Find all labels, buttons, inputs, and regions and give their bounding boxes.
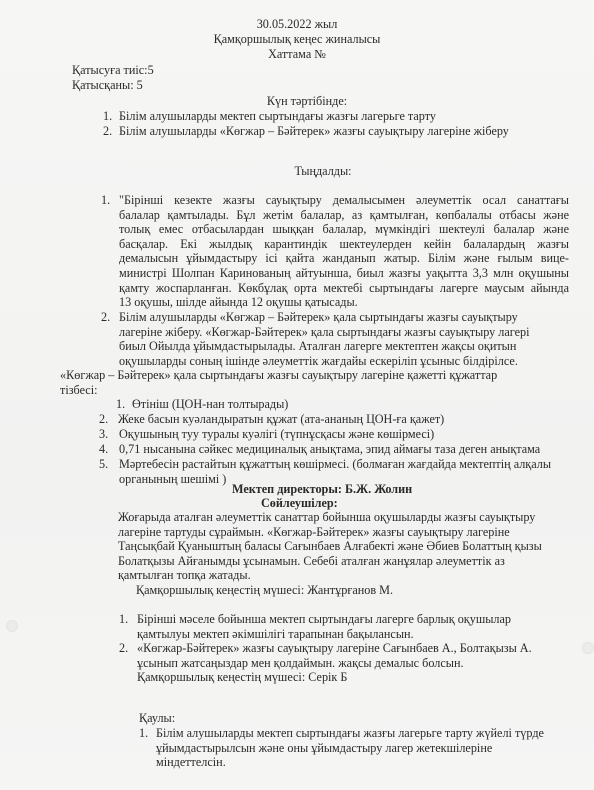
heard-item-2: Білім алушыларды «Көгжар – Бәйтерек» қал… <box>119 310 569 368</box>
document-item-number: 5. <box>99 457 108 471</box>
speech-item-number: 1. <box>119 612 128 626</box>
date: 30.05.2022 жыл <box>0 17 594 31</box>
meeting-title: Қамқоршылық кеңес жиналысы <box>0 32 594 46</box>
heard-item-1: "Бірінші кезекте жазғы сауықтыру демалыс… <box>119 193 569 310</box>
documents-intro: «Көгжар – Бәйтерек» қала сыртындағы жазғ… <box>60 368 570 397</box>
document-item-number: 2. <box>99 412 108 426</box>
speech-item-number: 2. <box>119 641 128 655</box>
document-item-number: 3. <box>99 427 108 441</box>
speaker-2-signature: Қамқоршылық кеңестің мүшесі: Серік Б <box>137 670 347 684</box>
heard-item-number: 1. <box>101 193 110 207</box>
document-item: Өтініш (ЦОН-нан толтырады) <box>132 397 288 411</box>
speaker-1-signature: Қамқоршылық кеңестің мүшесі: Жантұрғанов… <box>136 583 393 597</box>
decision-item-number: 1. <box>139 726 148 740</box>
protocol-number: Хаттама № <box>0 47 594 61</box>
document-item-number: 4. <box>99 442 108 456</box>
speech-2-item-1: Бірінші мәселе бойынша мектеп сыртындағы… <box>137 612 577 641</box>
document-item: Оқушының туу туралы куәлігі (түпнұсқасы … <box>119 427 434 441</box>
agenda-title: Күн тәртібінде: <box>10 94 594 108</box>
punch-hole <box>6 620 18 632</box>
agenda-item-number: 2. <box>103 124 112 138</box>
speech-1: Жоғарыда аталған әлеуметтік санаттар бой… <box>118 510 578 583</box>
attended: Қатысқаны: 5 <box>72 78 143 92</box>
document-page: 30.05.2022 жыл Қамқоршылық кеңес жиналыс… <box>0 0 594 790</box>
agenda-item: Білім алушыларды «Көгжар – Бәйтерек» жаз… <box>119 124 509 138</box>
speakers-title: Сөйлеушілер: <box>261 496 338 510</box>
decision-item-1: Білім алушыларды мектеп сыртындағы жазғы… <box>156 726 576 770</box>
director: Мектеп директоры: Б.Ж. Жолин <box>232 482 412 496</box>
document-item-continued: органының шешімі ) <box>119 472 226 486</box>
document-item-number: 1. <box>116 397 125 411</box>
speech-2-item-2: «Көгжар-Бәйтерек» жазғы сауықтыру лагері… <box>137 641 577 670</box>
document-item: Мәртебесін растайтын құжаттың көшірмесі.… <box>119 457 551 471</box>
decision-title: Қаулы: <box>139 711 175 725</box>
document-item: Жеке басын куәландыратын құжат (ата-анан… <box>118 412 444 426</box>
agenda-item-number: 1. <box>103 109 112 123</box>
punch-hole <box>582 642 594 654</box>
heard-item-number: 2. <box>101 310 110 324</box>
should-attend: Қатысуға тиіс:5 <box>72 63 154 77</box>
agenda-item: Білім алушыларды мектеп сыртындағы жазғы… <box>119 109 436 123</box>
heard-title: Тыңдалды: <box>26 164 594 178</box>
document-item: 0,71 нысанына сәйкес медициналық анықтам… <box>119 442 540 456</box>
